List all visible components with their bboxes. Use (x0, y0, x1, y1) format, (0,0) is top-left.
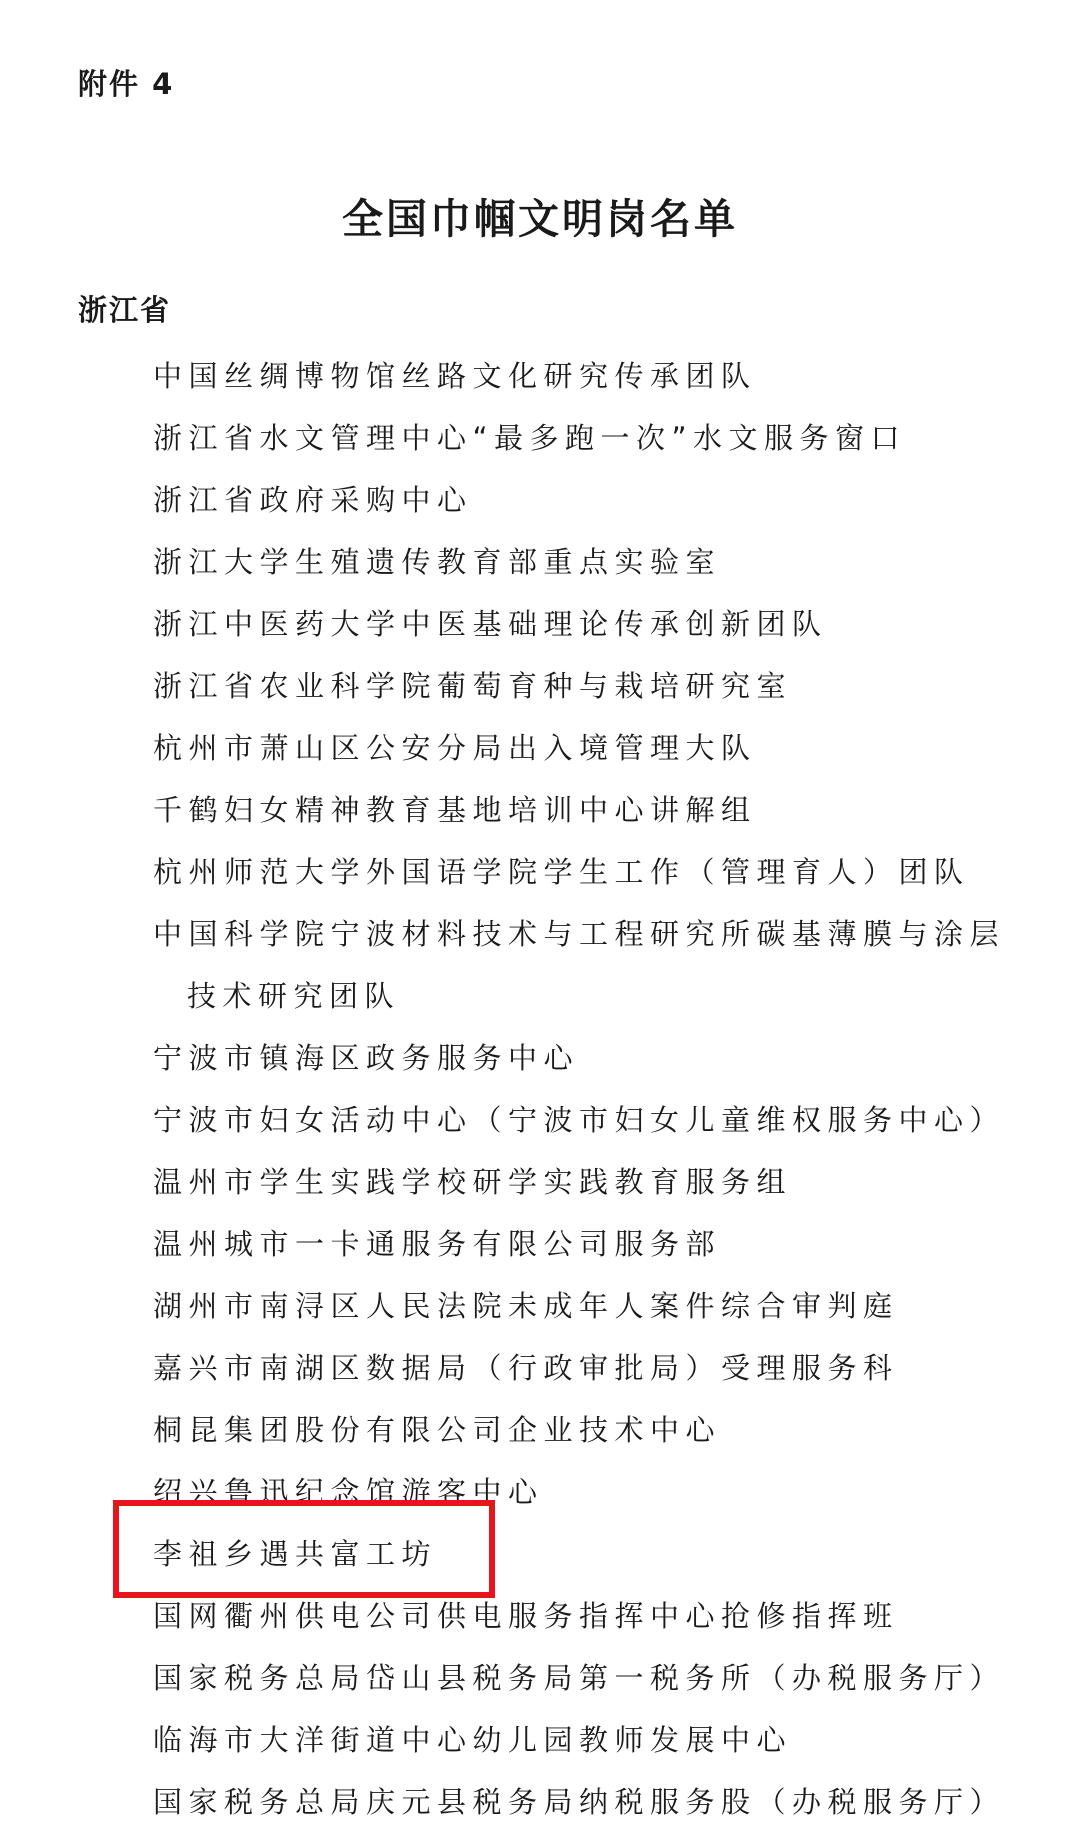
list-item: 浙江省水文管理中心“最多跑一次”水文服务窗口 (153, 407, 1050, 469)
list-item: 湖州市南浔区人民法院未成年人案件综合审判庭 (153, 1275, 1050, 1337)
list-item: 临海市大洋街道中心幼儿园教师发展中心 (153, 1709, 1050, 1771)
attachment-label: 附件 4 (78, 62, 174, 103)
document-title: 全国巾帼文明岗名单 (0, 186, 1080, 245)
list-item: 中国科学院宁波材料技术与工程研究所碳基薄膜与涂层 (153, 903, 1050, 965)
list-item: 杭州师范大学外国语学院学生工作（管理育人）团队 (153, 841, 1050, 903)
list-item: 浙江省政府采购中心 (153, 469, 1050, 531)
list-item: 国家税务总局庆元县税务局纳税服务股（办税服务厅） (153, 1771, 1050, 1833)
list-item: 桐昆集团股份有限公司企业技术中心 (153, 1399, 1050, 1461)
list-item: 温州市学生实践学校研学实践教育服务组 (153, 1151, 1050, 1213)
list-item: 杭州市萧山区公安分局出入境管理大队 (153, 717, 1050, 779)
entry-list: 中国丝绸博物馆丝路文化研究传承团队 浙江省水文管理中心“最多跑一次”水文服务窗口… (153, 345, 1050, 1833)
list-item: 浙江省农业科学院葡萄育种与栽培研究室 (153, 655, 1050, 717)
list-item: 宁波市镇海区政务服务中心 (153, 1027, 1050, 1089)
list-item: 嘉兴市南湖区数据局（行政审批局）受理服务科 (153, 1337, 1050, 1399)
province-heading: 浙江省 (78, 288, 171, 329)
list-item: 千鹤妇女精神教育基地培训中心讲解组 (153, 779, 1050, 841)
list-item: 浙江中医药大学中医基础理论传承创新团队 (153, 593, 1050, 655)
list-item: 温州城市一卡通服务有限公司服务部 (153, 1213, 1050, 1275)
list-item: 宁波市妇女活动中心（宁波市妇女儿童维权服务中心） (153, 1089, 1050, 1151)
red-highlight-box (113, 1500, 495, 1598)
list-item: 国家税务总局岱山县税务局第一税务所（办税服务厅） (153, 1647, 1050, 1709)
list-item: 浙江大学生殖遗传教育部重点实验室 (153, 531, 1050, 593)
list-item-continuation: 技术研究团队 (153, 965, 1050, 1027)
list-item: 中国丝绸博物馆丝路文化研究传承团队 (153, 345, 1050, 407)
